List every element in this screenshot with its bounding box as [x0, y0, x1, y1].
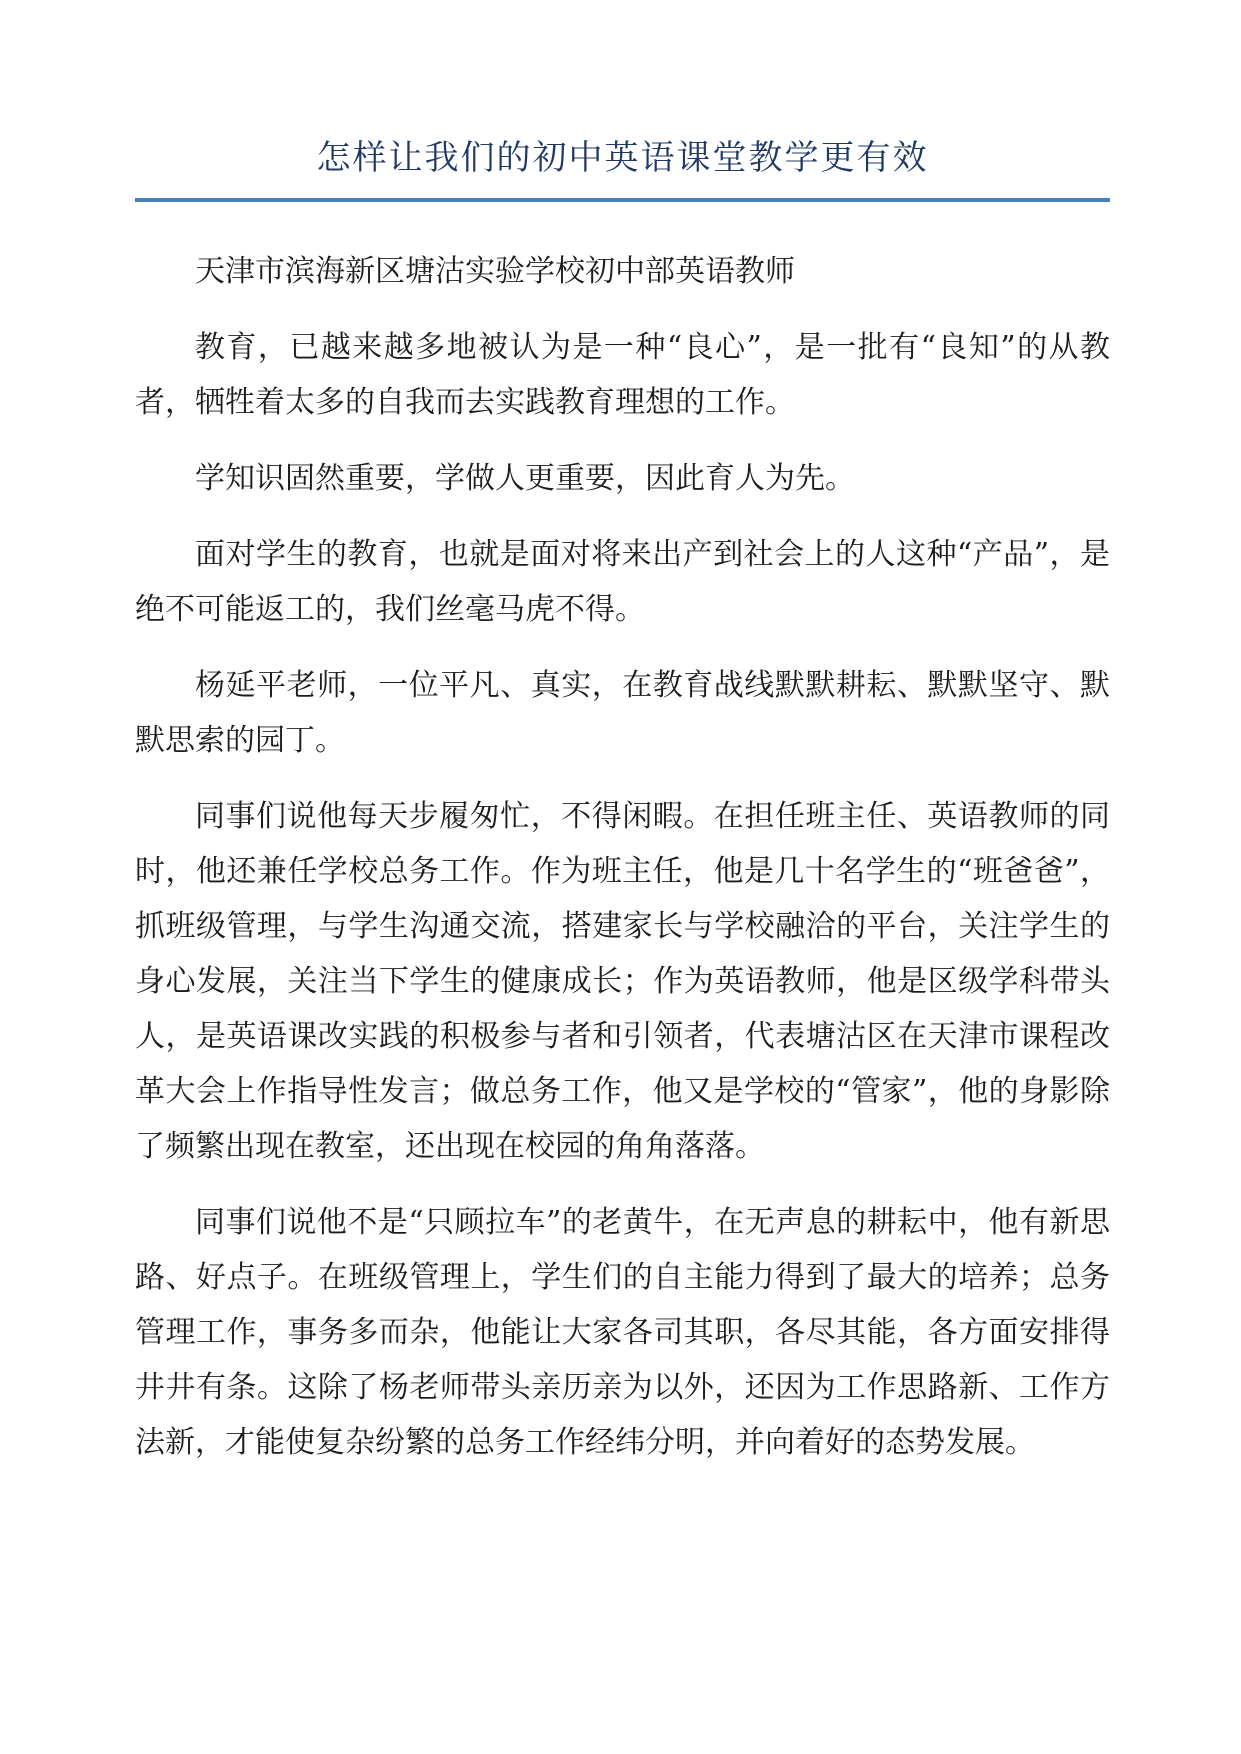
- paragraph: 同事们说他不是“只顾拉车”的老黄牛，在无声息的耕耘中，他有新思路、好点子。在班级…: [135, 1195, 1110, 1470]
- paragraph: 教育，已越来越多地被认为是一种“良心”，是一批有“良知”的从教者，牺牲着太多的自…: [135, 320, 1110, 430]
- paragraph: 学知识固然重要，学做人更重要，因此育人为先。: [135, 451, 1110, 506]
- paragraph: 天津市滨海新区塘沽实验学校初中部英语教师: [135, 244, 1110, 299]
- paragraph: 面对学生的教育，也就是面对将来出产到社会上的人这种“产品”，是绝不可能返工的，我…: [135, 527, 1110, 637]
- paragraph: 同事们说他每天步履匆忙，不得闲暇。在担任班主任、英语教师的同时，他还兼任学校总务…: [135, 789, 1110, 1174]
- title-underline-rule: [135, 198, 1110, 202]
- document-body: 天津市滨海新区塘沽实验学校初中部英语教师教育，已越来越多地被认为是一种“良心”，…: [135, 244, 1110, 1470]
- page-title: 怎样让我们的初中英语课堂教学更有效: [135, 133, 1110, 184]
- paragraphs: 天津市滨海新区塘沽实验学校初中部英语教师教育，已越来越多地被认为是一种“良心”，…: [135, 244, 1110, 1470]
- paragraph: 杨延平老师，一位平凡、真实，在教育战线默默耕耘、默默坚守、默默思索的园丁。: [135, 658, 1110, 768]
- document-page: 怎样让我们的初中英语课堂教学更有效 天津市滨海新区塘沽实验学校初中部英语教师教育…: [0, 0, 1241, 1754]
